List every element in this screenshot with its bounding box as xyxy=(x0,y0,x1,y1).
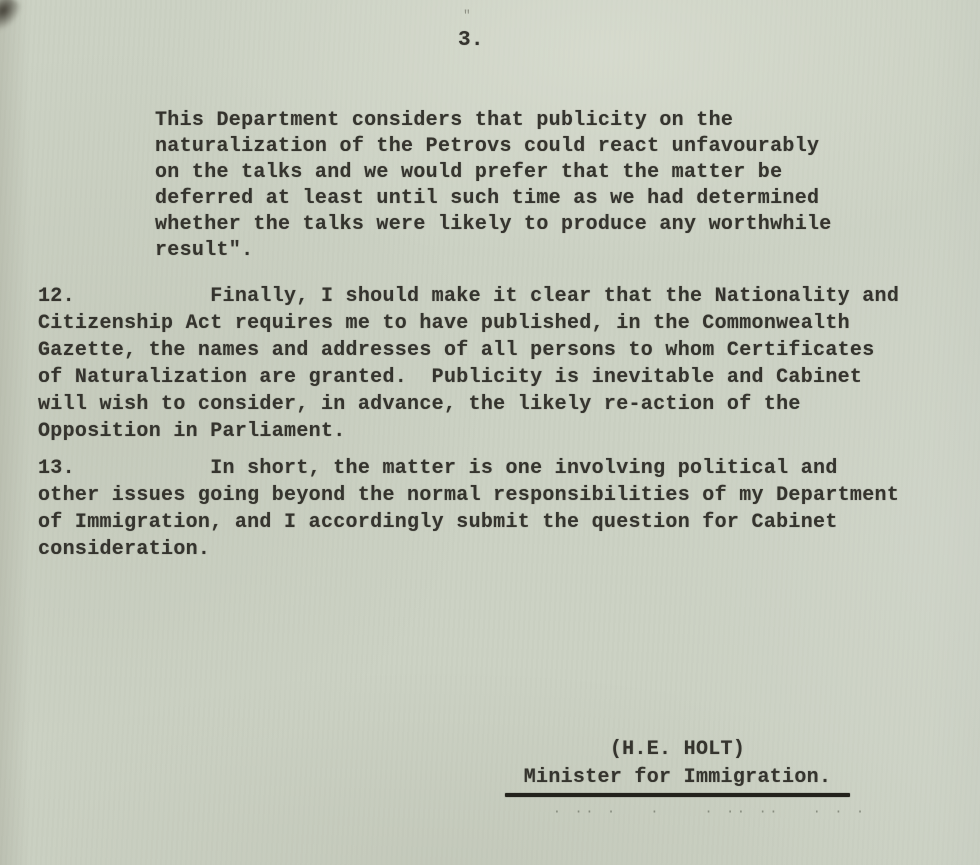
signatory-name: (H.E. HOLT) xyxy=(505,736,850,764)
paragraph-12: 12. Finally, I should make it clear that… xyxy=(38,283,963,445)
bleed-through-dots: · ·· · · · ·· ·· · · · xyxy=(505,806,850,819)
scan-corner-smudge xyxy=(0,0,25,38)
paragraph-13: 13. In short, the matter is one involvin… xyxy=(38,455,963,563)
quoted-paragraph: This Department considers that publicity… xyxy=(155,108,895,264)
signature-block: (H.E. HOLT) Minister for Immigration. · … xyxy=(505,736,850,819)
signatory-title: Minister for Immigration. xyxy=(505,764,850,792)
signature-underline xyxy=(505,793,850,797)
stray-typed-mark: ″ xyxy=(463,8,471,23)
scanned-memo-page: ″ 3. This Department considers that publ… xyxy=(0,0,980,865)
page-number: 3. xyxy=(458,28,484,54)
